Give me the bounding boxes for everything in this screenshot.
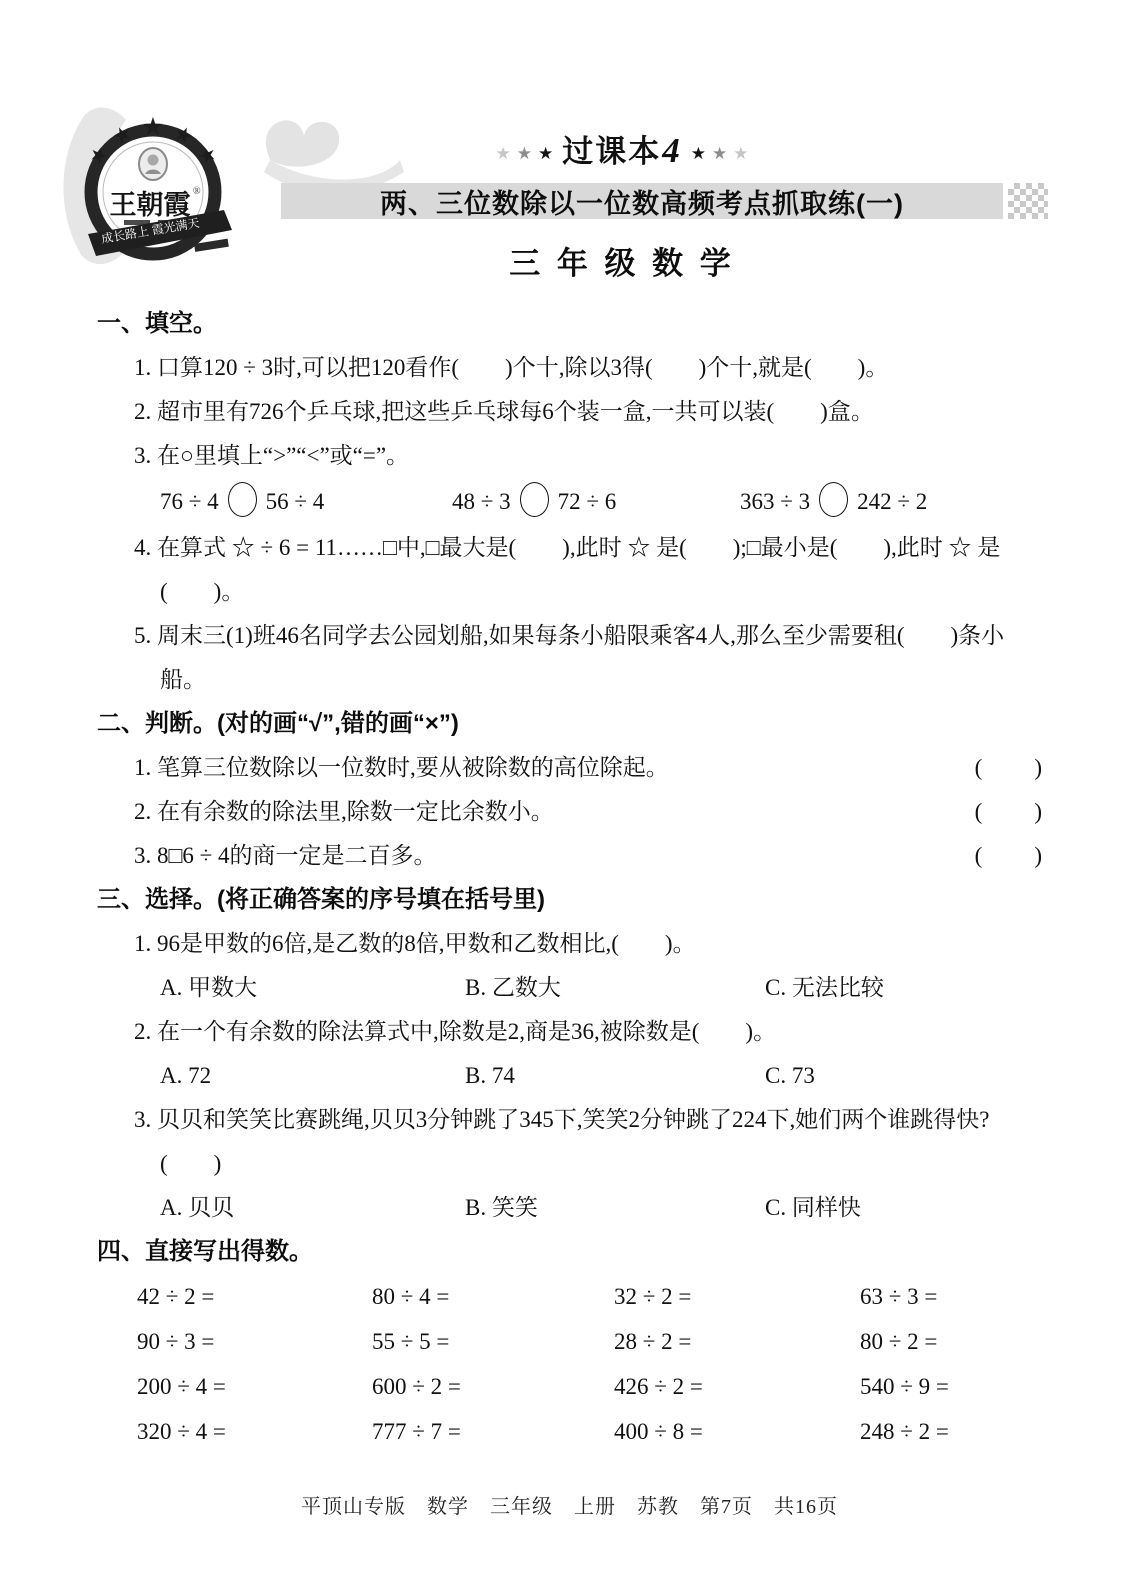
judge-item: 3. 8□6 ÷ 4的商一定是二百多。 ( ) xyxy=(97,834,1044,878)
compare-circle-blank xyxy=(520,482,549,517)
page-footer: 平顶山专版 数学 三年级 上册 苏教 第7页 共16页 xyxy=(0,1490,1139,1519)
right-expression: 72 ÷ 6 xyxy=(558,489,617,514)
answer-bracket: ( ) xyxy=(975,834,1044,878)
calc-item: 63 ÷ 3 = xyxy=(860,1274,1044,1319)
unit-title-banner: 两、三位数除以一位数高频考点抓取练(一) xyxy=(281,183,1003,219)
calc-item: 200 ÷ 4 = xyxy=(137,1364,372,1409)
star-icon: ★ xyxy=(538,144,553,164)
page-header: ★ ★ ★ ★ ★ 王朝霞 ® 成长路上 霞光满天 xyxy=(0,0,1139,296)
compare-circle-blank xyxy=(228,482,257,517)
option-a: A. 甲数大 xyxy=(160,966,465,1010)
eyebrow-number: 4 xyxy=(662,131,680,170)
calc-row: 320 ÷ 4 = 777 ÷ 7 = 400 ÷ 8 = 248 ÷ 2 = xyxy=(97,1409,1044,1454)
question-1-4: 4. 在算式 ☆ ÷ 6 = 11……□中,□最大是( ),此时 ☆ 是( );… xyxy=(97,526,1044,614)
calc-item: 400 ÷ 8 = xyxy=(614,1409,860,1454)
question-3-2: 2. 在一个有余数的除法算式中,除数是2,商是36,被除数是( )。 xyxy=(97,1010,1044,1054)
worksheet-page: ★ ★ ★ ★ ★ 王朝霞 ® 成长路上 霞光满天 xyxy=(0,0,1139,1582)
right-expression: 56 ÷ 4 xyxy=(266,489,325,514)
calc-row: 90 ÷ 3 = 55 ÷ 5 = 28 ÷ 2 = 80 ÷ 2 = xyxy=(97,1319,1044,1364)
judge-text: 2. 在有余数的除法里,除数一定比余数小。 xyxy=(97,790,975,834)
calc-row: 42 ÷ 2 = 80 ÷ 4 = 32 ÷ 2 = 63 ÷ 3 = xyxy=(97,1274,1044,1319)
calc-item: 80 ÷ 4 = xyxy=(372,1274,614,1319)
options-row: A. 72 B. 74 C. 73 xyxy=(97,1054,1044,1098)
comparison-row: 76 ÷ 456 ÷ 4 48 ÷ 372 ÷ 6 363 ÷ 3242 ÷ 2 xyxy=(97,478,1044,526)
brand-name: 王朝霞 xyxy=(110,190,191,220)
eyebrow-label: 过课本 xyxy=(562,134,661,169)
calc-item: 55 ÷ 5 = xyxy=(372,1319,614,1364)
option-a: A. 贝贝 xyxy=(160,1186,465,1230)
judge-item: 1. 笔算三位数除以一位数时,要从被除数的高位除起。 ( ) xyxy=(97,746,1044,790)
question-3-1: 1. 96是甲数的6倍,是乙数的8倍,甲数和乙数相比,( )。 xyxy=(97,922,1044,966)
calc-item: 80 ÷ 2 = xyxy=(860,1319,1044,1364)
registered-mark: ® xyxy=(193,186,201,197)
section-2-heading: 二、判断。(对的画“√”,错的画“×”) xyxy=(97,702,1044,746)
option-c: C. 73 xyxy=(765,1054,1044,1098)
calc-item: 90 ÷ 3 = xyxy=(137,1319,372,1364)
option-c: C. 无法比较 xyxy=(765,966,1044,1010)
section-1-heading: 一、填空。 xyxy=(97,302,1044,346)
calc-item: 32 ÷ 2 = xyxy=(614,1274,860,1319)
judge-item: 2. 在有余数的除法里,除数一定比余数小。 ( ) xyxy=(97,790,1044,834)
option-c: C. 同样快 xyxy=(765,1186,1044,1230)
comparison-item: 76 ÷ 456 ÷ 4 xyxy=(160,478,452,526)
calc-item: 777 ÷ 7 = xyxy=(372,1409,614,1454)
judge-text: 3. 8□6 ÷ 4的商一定是二百多。 xyxy=(97,834,975,878)
star-icon: ★ xyxy=(517,144,532,164)
answer-bracket: ( ) xyxy=(975,790,1044,834)
calc-item: 42 ÷ 2 = xyxy=(137,1274,372,1319)
option-b: B. 笑笑 xyxy=(465,1186,765,1230)
options-row: A. 贝贝 B. 笑笑 C. 同样快 xyxy=(97,1186,1044,1230)
subject-title: 三 年 级 数 学 xyxy=(105,238,1139,283)
section-4-heading: 四、直接写出得数。 xyxy=(97,1230,1044,1274)
option-b: B. 74 xyxy=(465,1054,765,1098)
calc-item: 426 ÷ 2 = xyxy=(614,1364,860,1409)
question-1-2: 2. 超市里有726个乒乓球,把这些乒乓球每6个装一盒,一共可以装( )盒。 xyxy=(97,390,1044,434)
calc-item: 248 ÷ 2 = xyxy=(860,1409,1044,1454)
checker-pattern-decoration xyxy=(1008,183,1048,219)
option-a: A. 72 xyxy=(160,1054,465,1098)
question-1-3: 3. 在○里填上“>”“<”或“=”。 xyxy=(97,434,1044,478)
options-row: A. 甲数大 B. 乙数大 C. 无法比较 xyxy=(97,966,1044,1010)
answer-bracket: ( ) xyxy=(975,746,1044,790)
option-b: B. 乙数大 xyxy=(465,966,765,1010)
question-1-5: 5. 周末三(1)班46名同学去公园划船,如果每条小船限乘客4人,那么至少需要租… xyxy=(97,614,1044,702)
compare-circle-blank xyxy=(819,482,848,517)
star-icon: ★ xyxy=(712,144,727,164)
right-expression: 242 ÷ 2 xyxy=(857,489,927,514)
left-expression: 76 ÷ 4 xyxy=(160,489,219,514)
left-expression: 363 ÷ 3 xyxy=(740,489,810,514)
star-icon: ★ xyxy=(733,144,748,164)
comparison-item: 363 ÷ 3242 ÷ 2 xyxy=(740,478,1044,526)
unit-title: 两、三位数除以一位数高频考点抓取练(一) xyxy=(380,182,904,221)
calc-item: 28 ÷ 2 = xyxy=(614,1319,860,1364)
question-3-3: 3. 贝贝和笑笑比赛跳绳,贝贝3分钟跳了345下,笑笑2分钟跳了224下,她们两… xyxy=(97,1098,1044,1186)
eyebrow-title: ★★★过课本4★★★ xyxy=(105,126,1139,171)
question-1-1: 1. 口算120 ÷ 3时,可以把120看作( )个十,除以3得( )个十,就是… xyxy=(97,346,1044,390)
judge-text: 1. 笔算三位数除以一位数时,要从被除数的高位除起。 xyxy=(97,746,975,790)
comparison-item: 48 ÷ 372 ÷ 6 xyxy=(452,478,740,526)
section-3-heading: 三、选择。(将正确答案的序号填在括号里) xyxy=(97,878,1044,922)
star-icon: ★ xyxy=(691,144,706,164)
calc-item: 600 ÷ 2 = xyxy=(372,1364,614,1409)
left-expression: 48 ÷ 3 xyxy=(452,489,511,514)
worksheet-body: 一、填空。 1. 口算120 ÷ 3时,可以把120看作( )个十,除以3得( … xyxy=(0,296,1139,1454)
star-icon: ★ xyxy=(496,144,511,164)
calc-item: 540 ÷ 9 = xyxy=(860,1364,1044,1409)
calc-item: 320 ÷ 4 = xyxy=(137,1409,372,1454)
calc-row: 200 ÷ 4 = 600 ÷ 2 = 426 ÷ 2 = 540 ÷ 9 = xyxy=(97,1364,1044,1409)
